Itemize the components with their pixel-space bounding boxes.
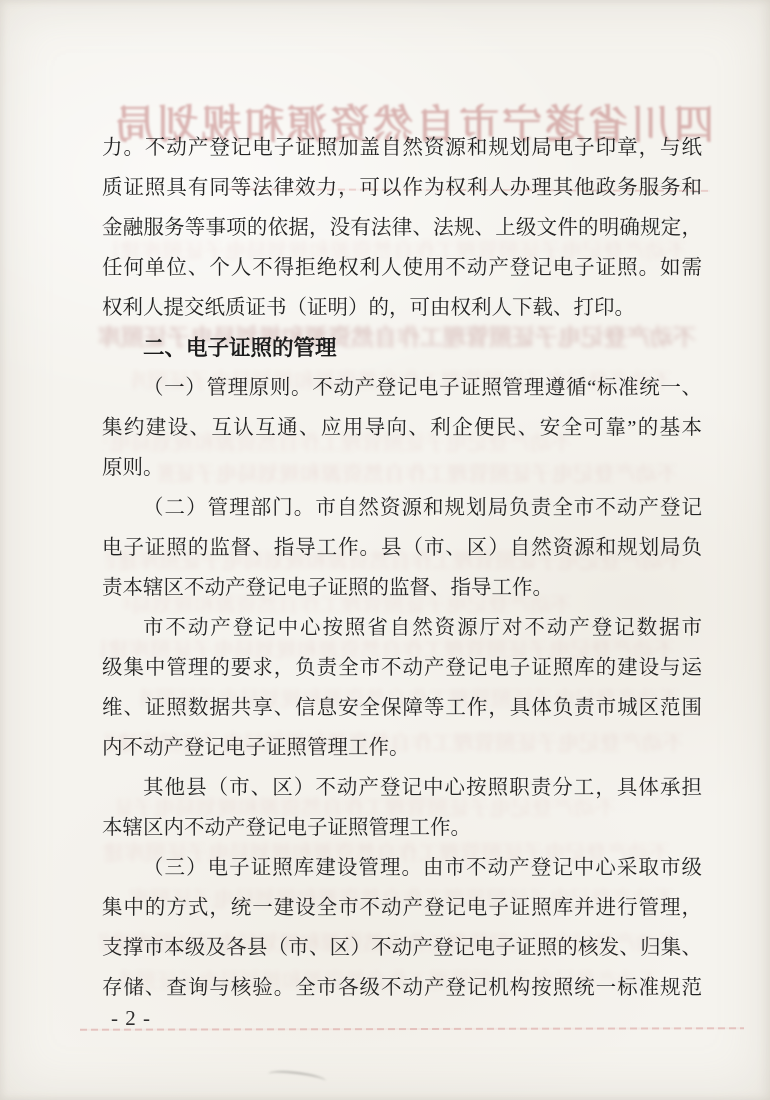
body-line: 本辖区内不动产登记电子证照管理工作。 — [102, 808, 702, 848]
body-line: 支撑市本级及各县（市、区）不动产登记电子证照的核发、归集、 — [102, 928, 702, 968]
body-line: （二）管理部门。市自然资源和规划局负责全市不动产登记 — [102, 488, 702, 528]
page-number: - 2 - — [111, 1006, 151, 1030]
scan-smudge — [268, 1069, 327, 1087]
body-line: 市不动产登记中心按照省自然资源厅对不动产登记数据市 — [102, 608, 702, 648]
body-line: 维、证照数据共享、信息安全保障等工作，具体负责市城区范围 — [102, 688, 702, 728]
body-line: 任何单位、个人不得拒绝权利人使用不动产登记电子证照。如需 — [102, 248, 702, 288]
body-line: 原则。 — [102, 448, 702, 488]
body-line: 集约建设、互认互通、应用导向、利企便民、安全可靠”的基本 — [102, 408, 702, 448]
body-line: （一）管理原则。不动产登记电子证照管理遵循“标准统一、 — [102, 368, 702, 408]
body-line: 存储、查询与核验。全市各级不动产登记机构按照统一标准规范 — [102, 968, 702, 1008]
section-heading: 二、电子证照的管理 — [102, 328, 702, 368]
body-line: 责本辖区不动产登记电子证照的监督、指导工作。 — [102, 568, 702, 608]
body-line: （三）电子证照库建设管理。由市不动产登记中心采取市级 — [102, 848, 702, 888]
body-line: 电子证照的监督、指导工作。县（市、区）自然资源和规划局负 — [102, 528, 702, 568]
body-line: 权利人提交纸质证书（证明）的，可由权利人下载、打印。 — [102, 288, 702, 328]
scanned-document-page: 四川省遂宁市自然资源和规划局 不动产登记电子证照管理工作自然资源和规划局电子证照… — [0, 0, 770, 1100]
body-line: 内不动产登记电子证照管理工作。 — [102, 728, 702, 768]
body-line: 金融服务等事项的依据，没有法律、法规、上级文件的明确规定， — [102, 208, 702, 248]
body-text: 力。不动产登记电子证照加盖自然资源和规划局电子印章，与纸 质证照具有同等法律效力… — [102, 128, 702, 1008]
body-line: 其他县（市、区）不动产登记中心按照职责分工，具体承担 — [102, 768, 702, 808]
footer-rule-artifact-line — [80, 1027, 744, 1030]
body-line: 力。不动产登记电子证照加盖自然资源和规划局电子印章，与纸 — [102, 128, 702, 168]
body-line: 级集中管理的要求，负责全市不动产登记电子证照库的建设与运 — [102, 648, 702, 688]
body-line: 集中的方式，统一建设全市不动产登记电子证照库并进行管理， — [102, 888, 702, 928]
body-line: 质证照具有同等法律效力，可以作为权利人办理其他政务服务和 — [102, 168, 702, 208]
